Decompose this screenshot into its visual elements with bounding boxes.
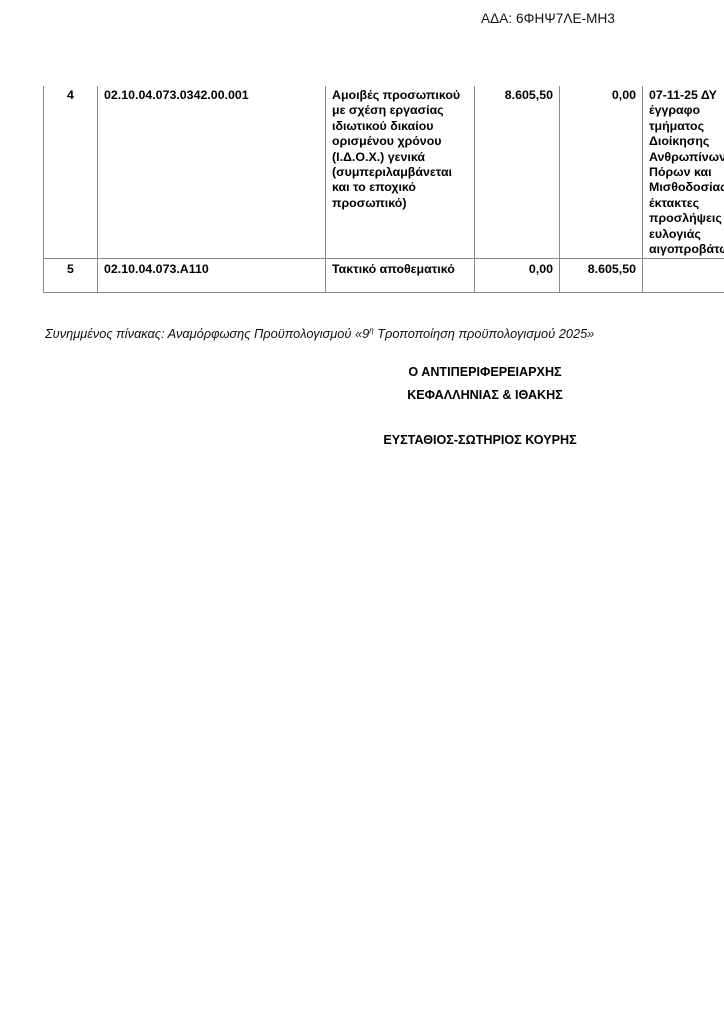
row-number: 5 <box>44 259 98 293</box>
table-row: 5 02.10.04.073.Α110 Τακτικό αποθεματικό … <box>44 259 724 293</box>
justification-note <box>643 259 724 293</box>
increase-amount: 0,00 <box>560 86 643 259</box>
ada-identifier: ΑΔΑ: 6ΦΗΨ7ΛΕ-ΜΗ3 <box>481 11 615 26</box>
signatory-name: ΕΥΣΤΑΘΙΟΣ-ΣΩΤΗΡΙΟΣ ΚΟΥΡΗΣ <box>360 433 600 447</box>
row-number: 4 <box>44 86 98 259</box>
table-row: 4 02.10.04.073.0342.00.001 Αμοιβές προσω… <box>44 86 724 259</box>
signatory-title-line-2: ΚΕΦΑΛΛΗΝΙΑΣ & ΙΘΑΚΗΣ <box>365 388 605 402</box>
budget-amendment-table: 4 02.10.04.073.0342.00.001 Αμοιβές προσω… <box>43 86 724 293</box>
signatory-title-line-1: Ο ΑΝΤΙΠΕΡΙΦΕΡΕΙΑΡΧΗΣ <box>365 365 605 379</box>
account-code: 02.10.04.073.Α110 <box>98 259 326 293</box>
attachment-prefix: Συνημμένος πίνακας: Αναμόρφωσης Προϋπολο… <box>45 326 369 341</box>
justification-note: 07-11-25 ΔΥ έγγραφο τμήματος Διοίκησης Α… <box>643 86 724 259</box>
account-description: Αμοιβές προσωπικού με σχέση εργασίας ιδι… <box>326 86 475 259</box>
attachment-suffix: Τροποποίηση προϋπολογισμού 2025» <box>374 326 595 341</box>
attachment-caption: Συνημμένος πίνακας: Αναμόρφωσης Προϋπολο… <box>45 326 594 341</box>
account-code: 02.10.04.073.0342.00.001 <box>98 86 326 259</box>
decrease-amount: 0,00 <box>475 259 560 293</box>
increase-amount: 8.605,50 <box>560 259 643 293</box>
account-description: Τακτικό αποθεματικό <box>326 259 475 293</box>
decrease-amount: 8.605,50 <box>475 86 560 259</box>
